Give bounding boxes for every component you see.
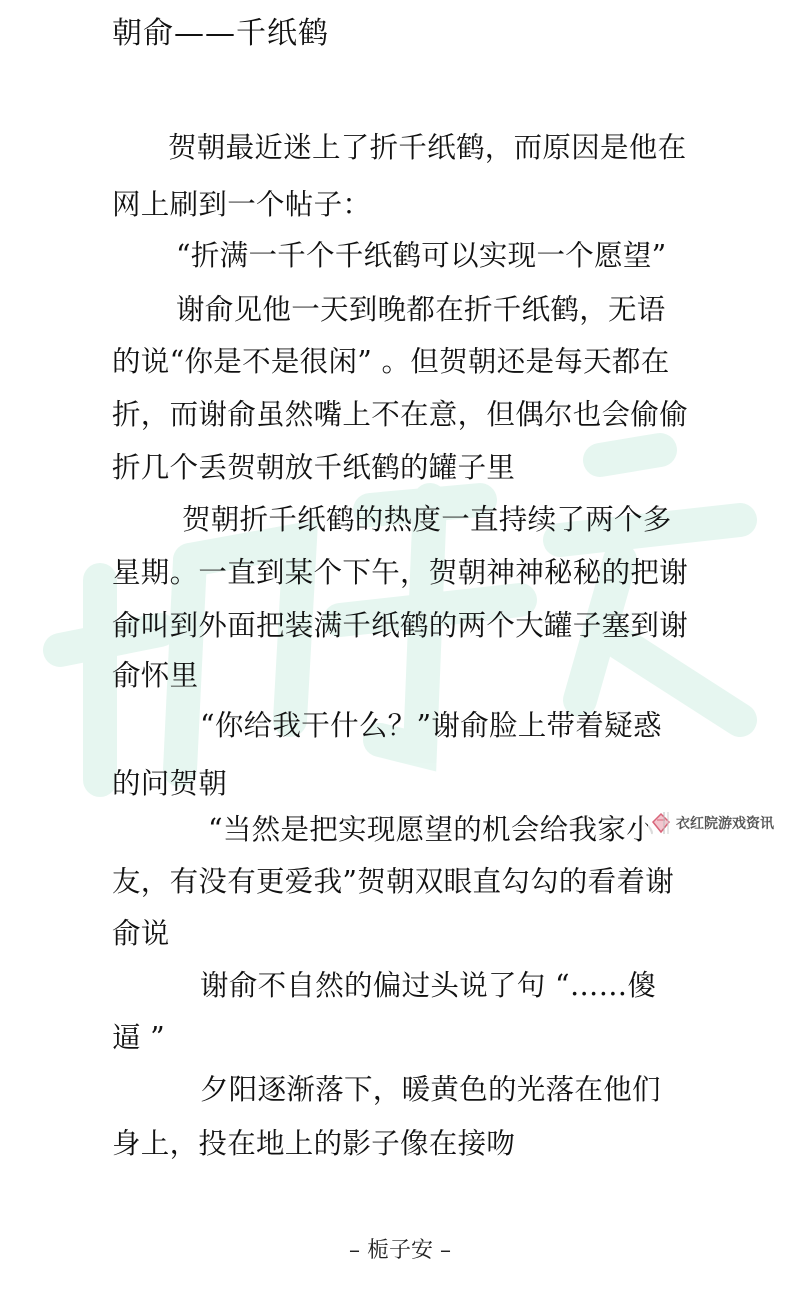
text-line: 友，有没有更爱我”贺朝双眼直勾勾的看着谢	[112, 862, 674, 902]
document-title: 朝俞——千纸鹤	[112, 14, 329, 54]
text-line: “折满一千个千纸鹤可以实现一个愿望”	[176, 236, 667, 276]
text-line: 俞怀里	[112, 656, 198, 696]
text-line: 贺朝最近迷上了折千纸鹤，而原因是他在	[168, 128, 686, 168]
text-line: 网上刷到一个帖子：	[112, 185, 371, 225]
text-line: 俞叫到外面把装满千纸鹤的两个大罐子塞到谢	[112, 606, 688, 646]
text-line: “你给我干什么？”谢俞脸上带着疑惑	[200, 706, 662, 746]
text-line: 谢俞不自然的偏过头说了句 “……傻	[200, 966, 656, 1006]
text-line: 的说“你是不是很闲” 。但贺朝还是每天都在	[112, 342, 670, 382]
diamond-logo-icon	[650, 810, 672, 836]
text-line: 俞说	[112, 914, 170, 954]
text-line: 身上，投在地上的影子像在接吻	[112, 1124, 515, 1164]
text-line: 折几个丢贺朝放千纸鹤的罐子里	[112, 448, 515, 488]
text-line: 逼 ”	[112, 1018, 165, 1058]
text-line: 的问贺朝	[112, 764, 227, 804]
text-line: 折，而谢俞虽然嘴上不在意，但偶尔也会偷偷	[112, 395, 688, 435]
source-label: 衣红院游戏资讯	[676, 813, 774, 833]
text-line: 夕阳逐渐落下，暖黄色的光落在他们	[200, 1070, 661, 1110]
author-signature: – 栀子安 –	[0, 1236, 800, 1266]
text-line: 贺朝折千纸鹤的热度一直持续了两个多	[182, 500, 672, 540]
text-line: “当然是把实现愿望的机会给我家小	[208, 810, 655, 850]
source-watermark-badge: 衣红院游戏资讯	[648, 808, 778, 838]
text-line: 谢俞见他一天到晚都在折千纸鹤，无语	[176, 290, 666, 330]
text-line: 星期。一直到某个下午，贺朝神神秘秘的把谢	[112, 553, 688, 593]
